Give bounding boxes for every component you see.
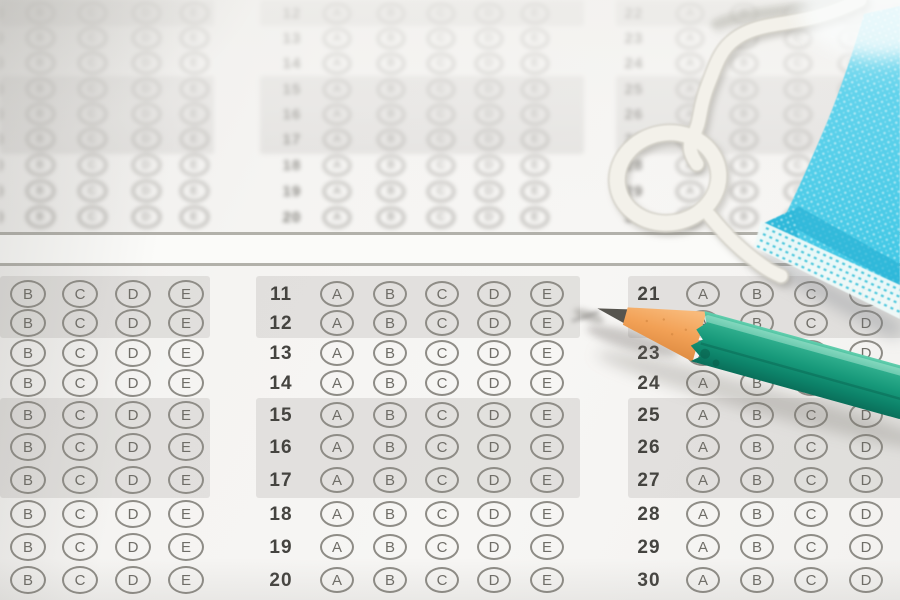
mask-defocus-highlight	[798, 0, 900, 58]
objects-overlay	[0, 0, 900, 600]
photograph-answer-sheet: Close-up photograph of a blank multiple-…	[0, 0, 900, 600]
